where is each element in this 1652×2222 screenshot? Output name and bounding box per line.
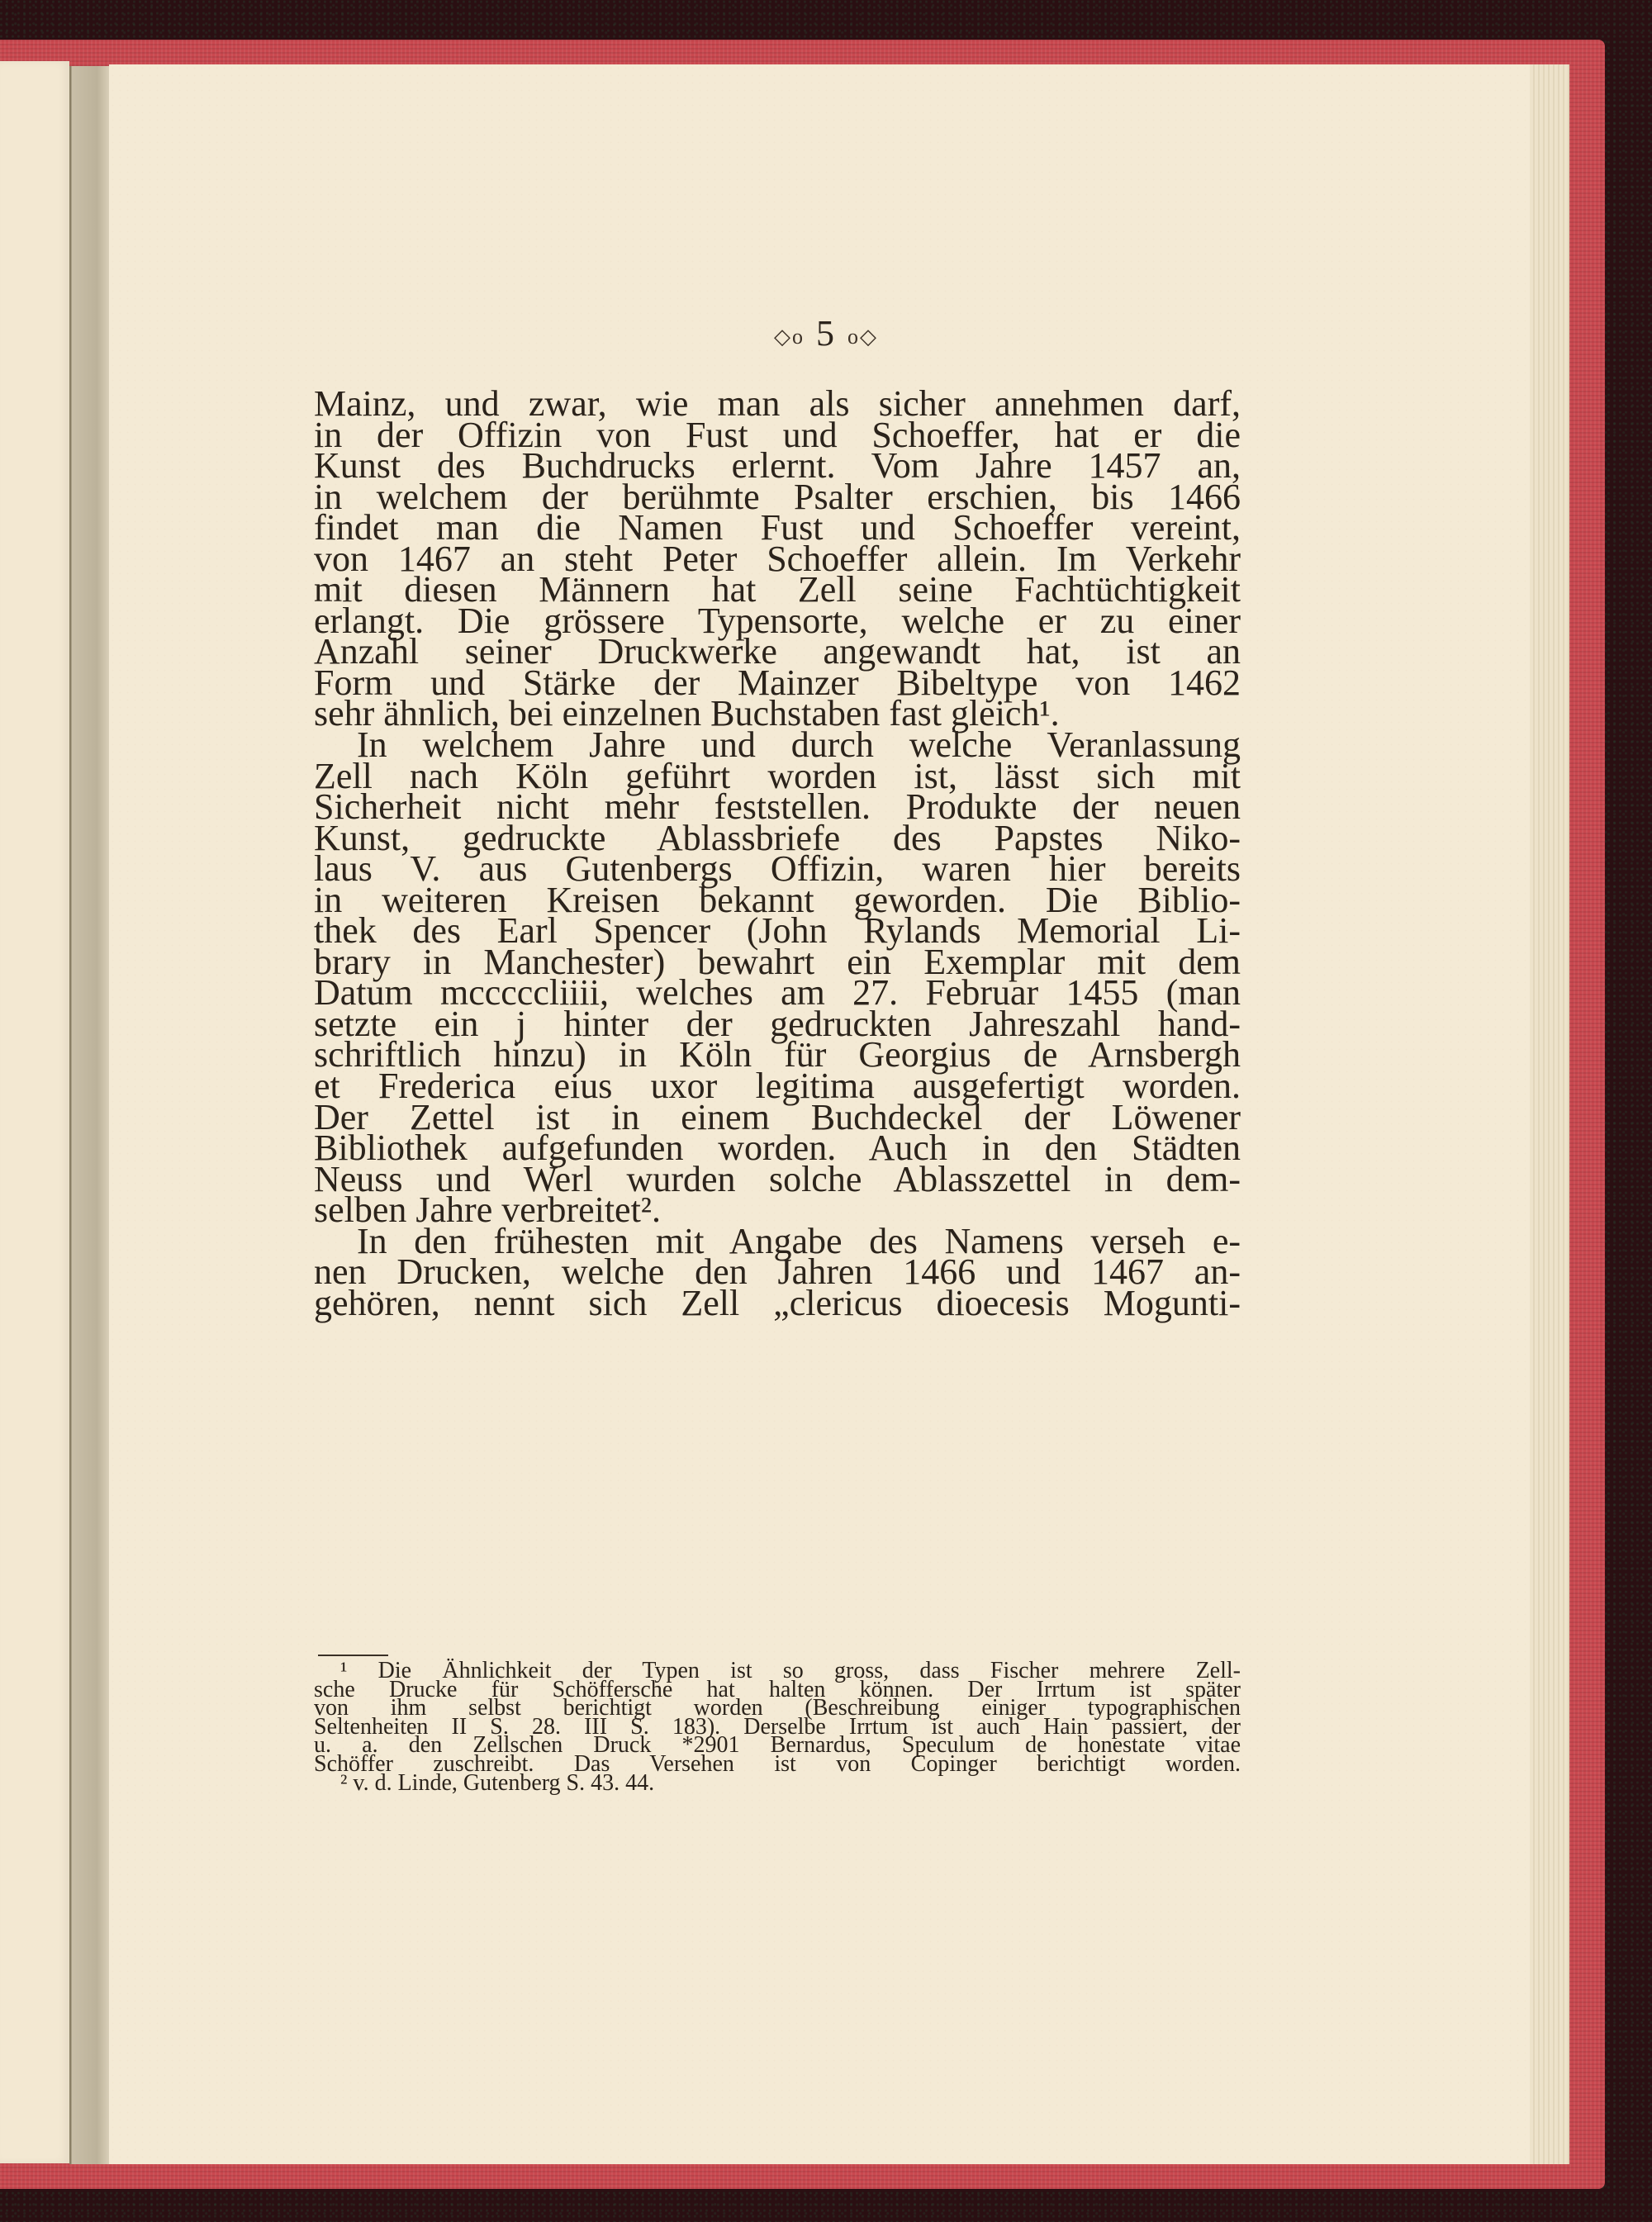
page-header: ◇o5o◇ xyxy=(0,312,1652,354)
ornament-left-icon: ◇o xyxy=(774,325,805,349)
footnotes: ¹ Die Ähnlichkeit der Typen ist so gross… xyxy=(314,1662,1241,1792)
left-page-edge xyxy=(0,61,69,2163)
page-number: 5 xyxy=(816,313,836,354)
footnote-divider xyxy=(318,1655,388,1656)
body-text: Mainz, und zwar, wie man als sicher anne… xyxy=(314,388,1241,1318)
page-block-edges xyxy=(1530,64,1569,2164)
ornament-right-icon: o◇ xyxy=(847,325,878,349)
text-line: gehören, nennt sich Zell „clericus dioec… xyxy=(314,1288,1241,1319)
book-gutter xyxy=(69,66,109,2164)
